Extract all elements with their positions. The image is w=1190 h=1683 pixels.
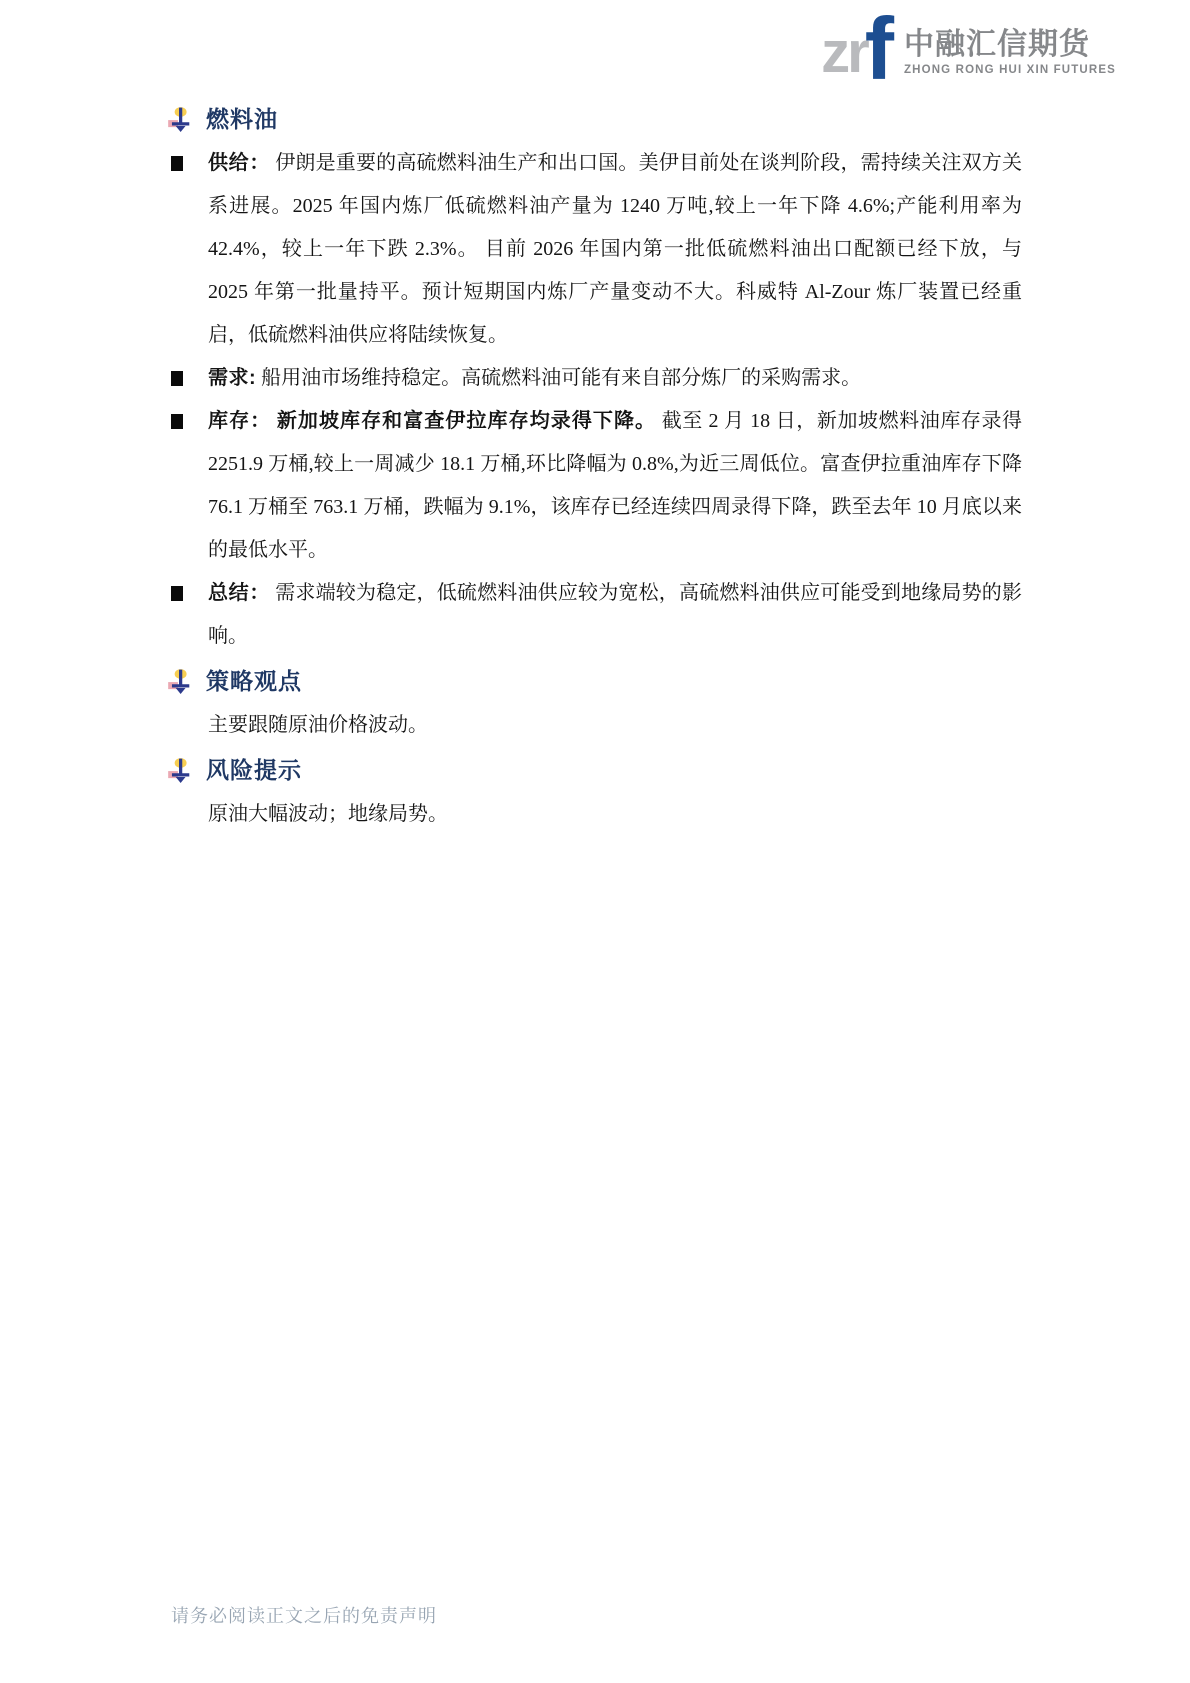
section-header-fuel-oil: 燃料油 (170, 96, 1022, 142)
square-bullet-icon (171, 586, 183, 601)
bullet-summary-text: 需求端较为稳定，低硫燃料油供应较为宽松，高硫燃料油供应可能受到地缘局势的影响。 (208, 582, 1022, 647)
section-header-risk: 风险提示 (170, 747, 1022, 793)
logo-f-text: f (865, 22, 894, 77)
company-name-cn: 中融汇信期货 (904, 29, 1116, 61)
report-body: 燃料油 供给： 伊朗是重要的高硫燃料油生产和出口国。美伊目前处在谈判阶段，需持续… (170, 96, 1022, 836)
section-title-strategy: 策略观点 (206, 658, 302, 704)
bullet-supply-text: 伊朗是重要的高硫燃料油生产和出口国。美伊目前处在谈判阶段，需持续关注双方关系进展… (208, 152, 1022, 346)
logo-zr-text: zr (821, 29, 867, 77)
square-bullet-icon (171, 371, 183, 386)
section-arrow-icon (168, 106, 190, 132)
bullet-summary-label: 总结： (208, 582, 270, 604)
footer-disclaimer: 请务必阅读正文之后的免责声明 (171, 1604, 437, 1629)
bullet-demand-label: 需求: (208, 367, 256, 389)
bullet-demand: 需求: 船用油市场维持稳定。高硫燃料油可能有来自部分炼厂的采购需求。 (170, 357, 1022, 400)
section-arrow-icon (168, 668, 190, 694)
section-arrow-icon (168, 757, 190, 783)
bullet-inventory-text: 截至 2 月 18 日，新加坡燃料油库存录得 2251.9 万桶,较上一周减少 … (208, 410, 1022, 561)
fuel-oil-bullet-list: 供给： 伊朗是重要的高硫燃料油生产和出口国。美伊目前处在谈判阶段，需持续关注双方… (170, 142, 1022, 658)
company-name-en: ZHONG RONG HUI XIN FUTURES (904, 64, 1116, 76)
bullet-supply-label: 供给： (208, 152, 270, 174)
bullet-summary: 总结： 需求端较为稳定，低硫燃料油供应较为宽松，高硫燃料油供应可能受到地缘局势的… (170, 572, 1022, 658)
bullet-inventory-bold-text: 新加坡库存和富查伊拉库存均录得下降。 (277, 410, 656, 432)
section-header-strategy: 策略观点 (170, 658, 1022, 704)
strategy-paragraph: 主要跟随原油价格波动。 (170, 704, 1022, 747)
logo-names: 中融汇信期货 ZHONG RONG HUI XIN FUTURES (904, 29, 1116, 77)
risk-paragraph: 原油大幅波动；地缘局势。 (170, 793, 1022, 836)
section-title-risk: 风险提示 (206, 747, 302, 793)
bullet-supply: 供给： 伊朗是重要的高硫燃料油生产和出口国。美伊目前处在谈判阶段，需持续关注双方… (170, 142, 1022, 357)
square-bullet-icon (171, 414, 183, 429)
report-page: zr f 中融汇信期货 ZHONG RONG HUI XIN FUTURES 燃… (0, 0, 1190, 1683)
square-bullet-icon (171, 156, 183, 171)
bullet-inventory-label: 库存： (208, 410, 271, 432)
section-title-fuel-oil: 燃料油 (206, 96, 278, 142)
bullet-demand-text: 船用油市场维持稳定。高硫燃料油可能有来自部分炼厂的采购需求。 (261, 367, 861, 389)
bullet-inventory: 库存： 新加坡库存和富查伊拉库存均录得下降。 截至 2 月 18 日，新加坡燃料… (170, 400, 1022, 572)
company-logo: zr f 中融汇信期货 ZHONG RONG HUI XIN FUTURES (821, 22, 1116, 77)
